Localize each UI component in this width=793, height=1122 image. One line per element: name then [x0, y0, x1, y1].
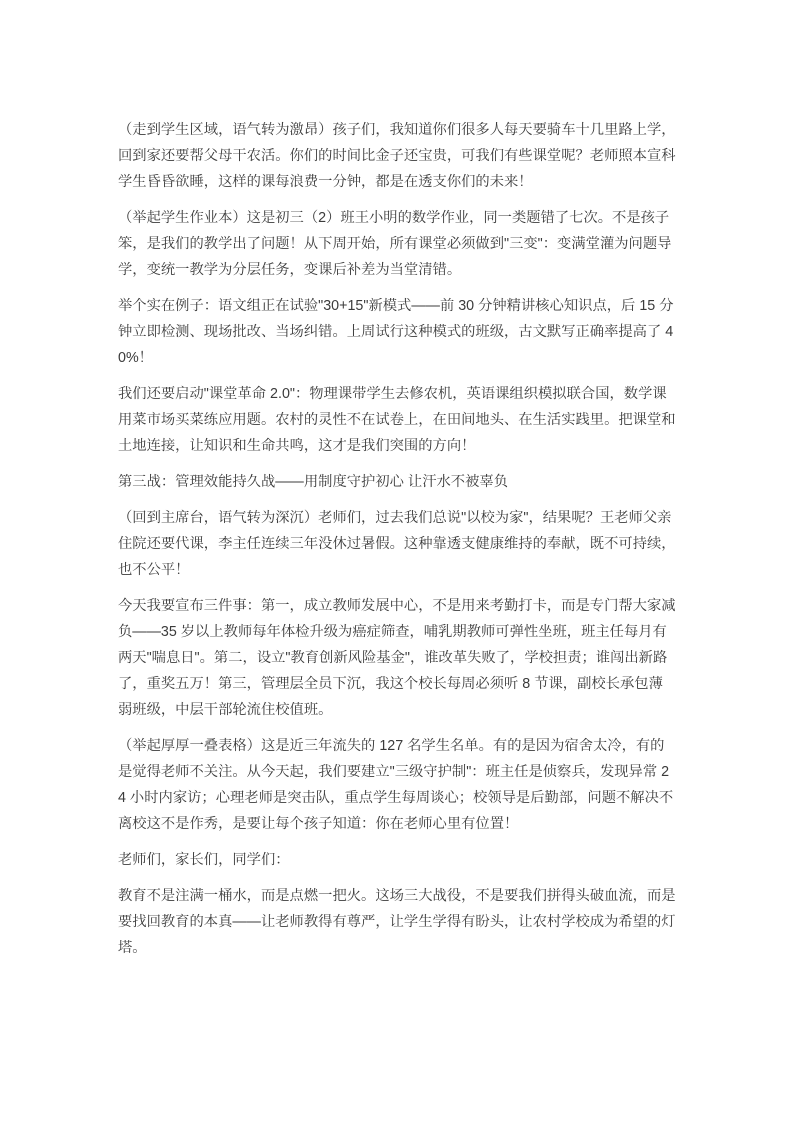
paragraph-back-to-podium: （回到主席台，语气转为深沉）老师们，过去我们总说"以校为家"，结果呢？王老师父亲…: [118, 505, 676, 583]
paragraph-three-announcements: 今天我要宣布三件事：第一，成立教师发展中心，不是用来考勤打卡，而是专门帮大家减负…: [118, 593, 676, 723]
paragraph-student-loss-list: （举起厚厚一叠表格）这是近三年流失的 127 名学生名单。有的是因为宿舍太冷，有…: [118, 733, 676, 837]
salutation-line: 老师们，家长们，同学们：: [118, 847, 676, 873]
paragraph-classroom-revolution: 我们还要启动"课堂革命 2.0"：物理课带学生去修农机，英语课组织模拟联合国，数…: [118, 381, 676, 459]
paragraph-homework-example: （举起学生作业本）这是初三（2）班王小明的数学作业，同一类题错了七次。不是孩子笨…: [118, 205, 676, 283]
paragraph-30-15-model: 举个实在例子：语文组正在试验"30+15"新模式——前 30 分钟精讲核心知识点…: [118, 293, 676, 371]
paragraph-stage-direction-students: （走到学生区域，语气转为激昂）孩子们，我知道你们很多人每天要骑车十几里路上学，回…: [118, 117, 676, 195]
paragraph-closing: 教育不是注满一桶水，而是点燃一把火。这场三大战役，不是要我们拼得头破血流，而是要…: [118, 883, 676, 961]
document-page: （走到学生区域，语气转为激昂）孩子们，我知道你们很多人每天要骑车十几里路上学，回…: [0, 0, 793, 1122]
section-heading-third-battle: 第三战：管理效能持久战——用制度守护初心 让汗水不被辜负: [118, 469, 676, 495]
